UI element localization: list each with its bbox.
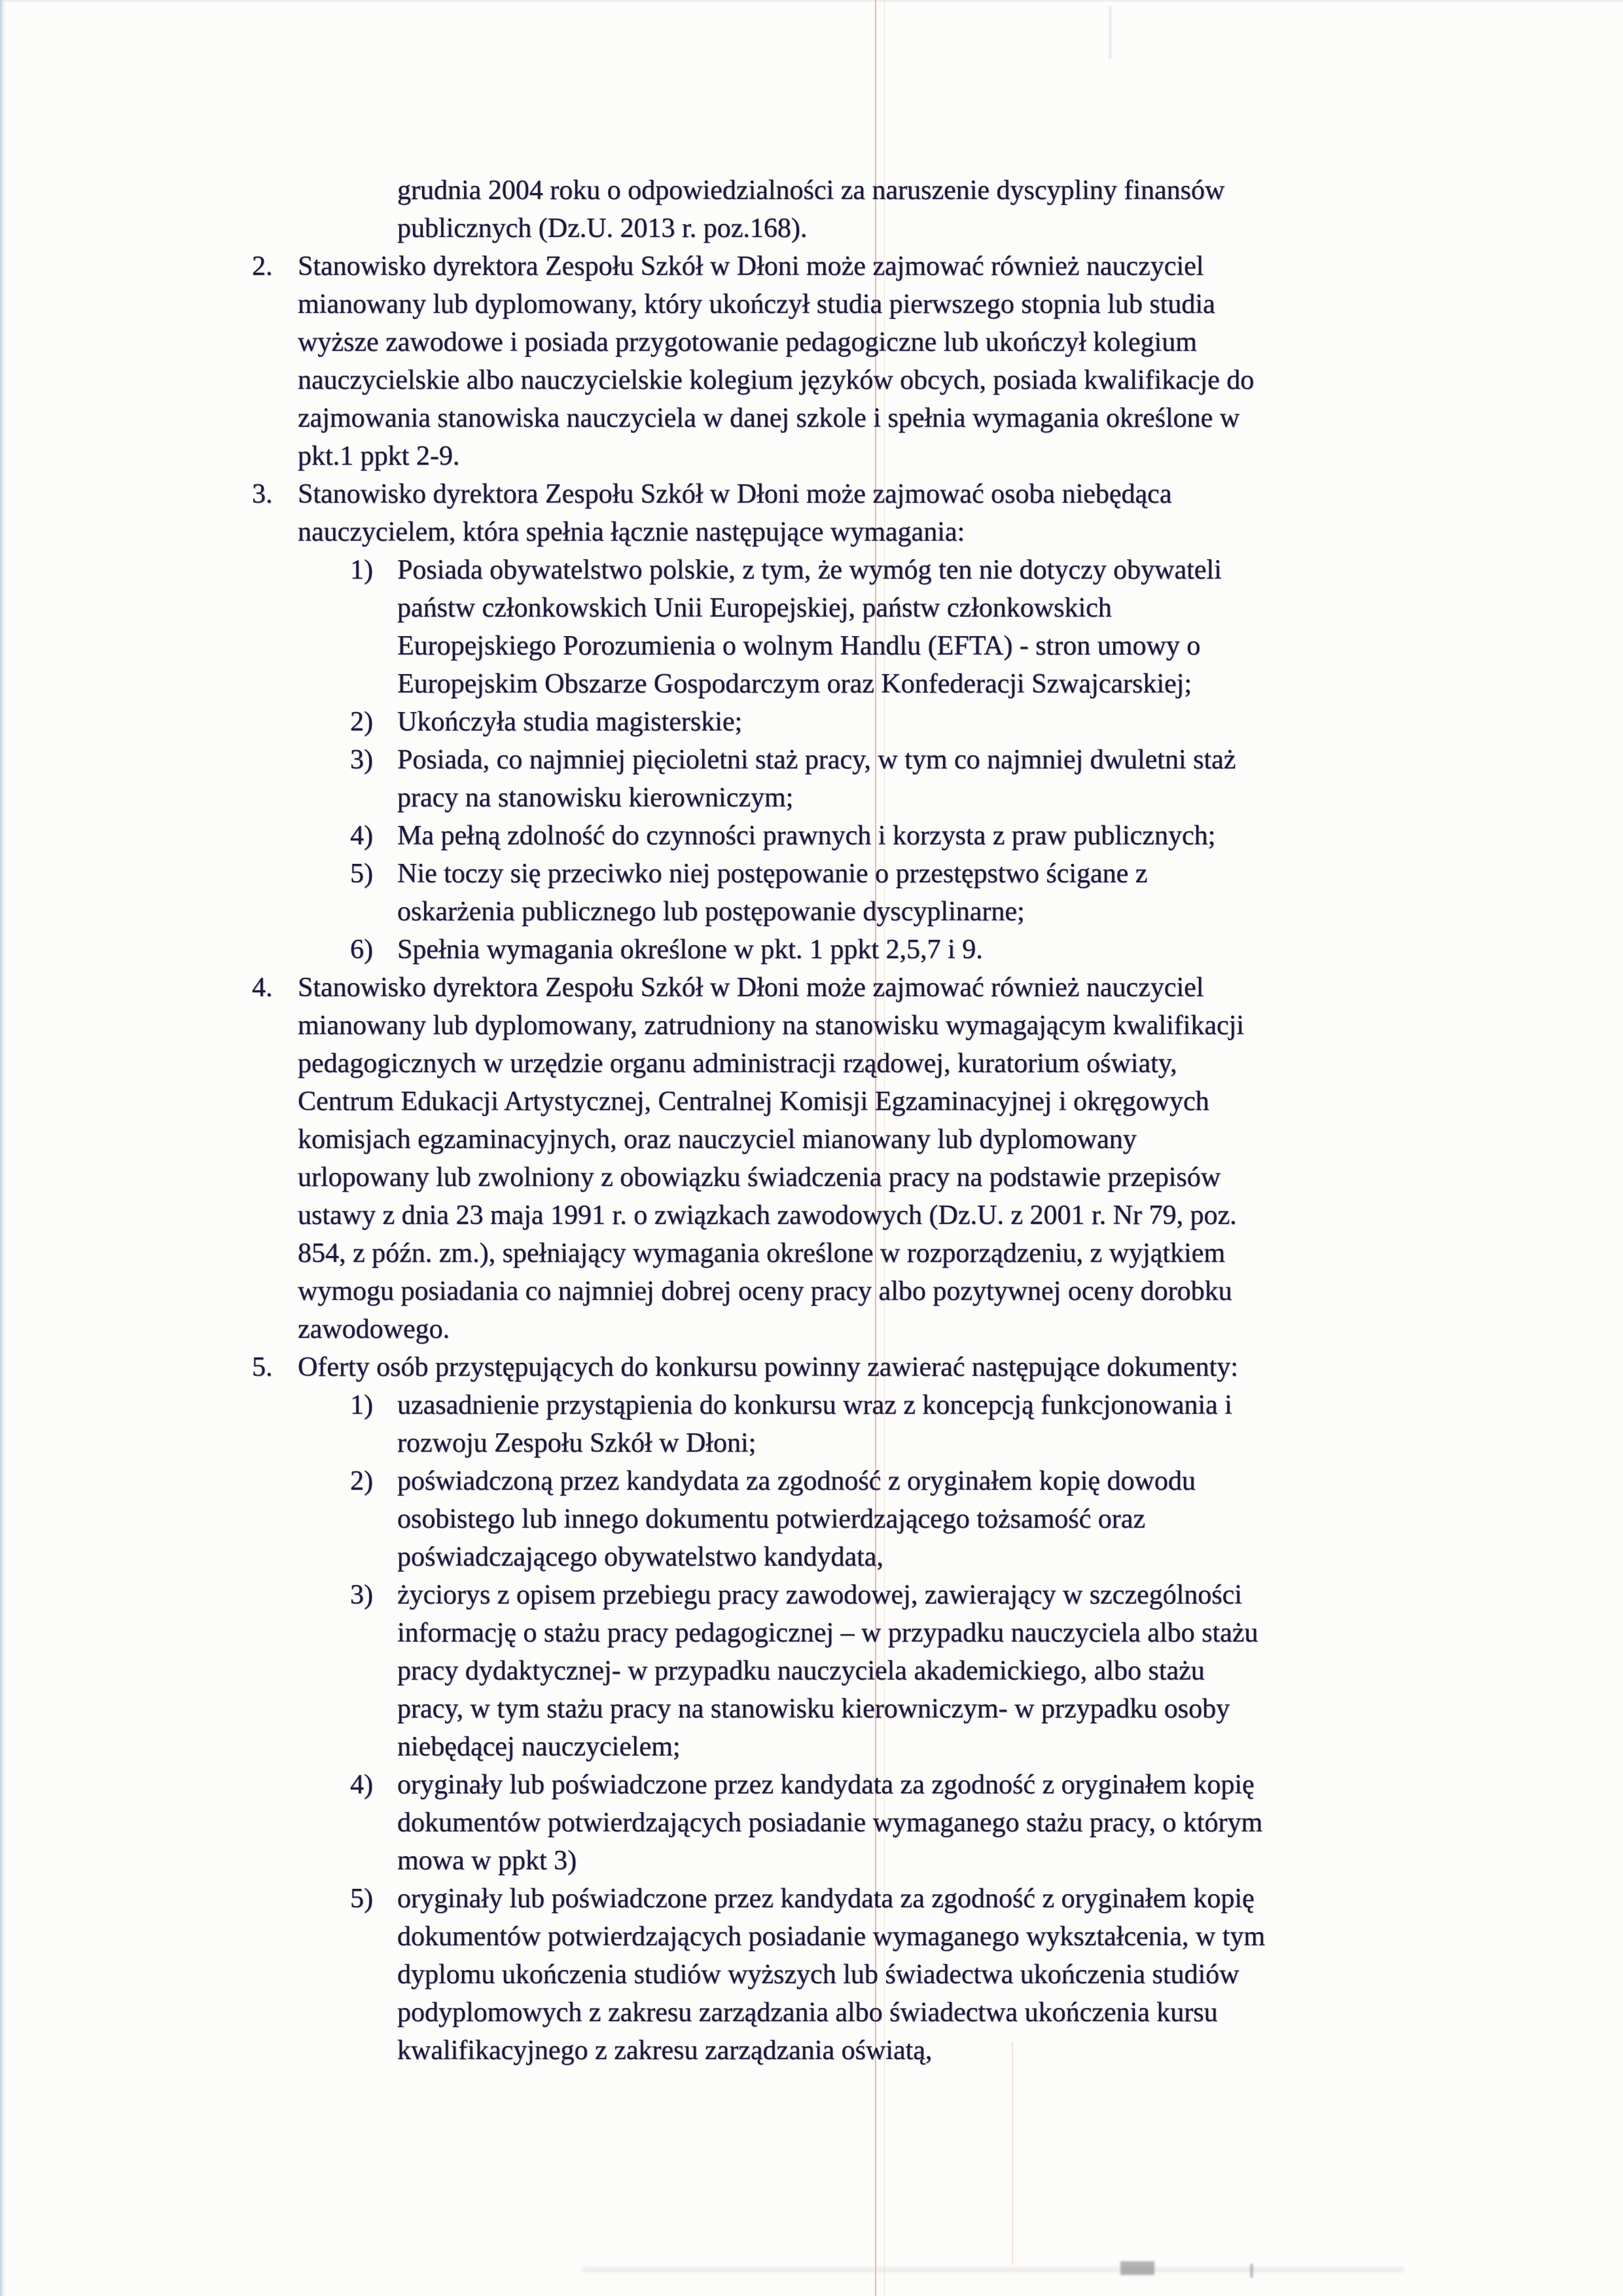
paragraph-continuation: grudnia 2004 roku o odpowiedzialności za… (397, 171, 1430, 247)
sub-item-text: Ukończyła studia magisterskie; (397, 703, 1430, 741)
scan-top-edge-artifact (0, 0, 1623, 3)
sub-item-number: 1) (350, 1386, 397, 1462)
item-text: Stanowisko dyrektora Zespołu Szkół w Dło… (298, 475, 1430, 551)
scan-smudge-bottom-tick (1250, 2264, 1253, 2278)
sub-item-number: 2) (350, 703, 397, 741)
list-item-3: 3. Stanowisko dyrektora Zespołu Szkół w … (252, 475, 1430, 969)
vertical-fold-line-bottom-right (1012, 2042, 1013, 2265)
sub-item: 3) Posiada, co najmniej pięcioletni staż… (350, 741, 1430, 817)
list-item-4: 4. Stanowisko dyrektora Zespołu Szkół w … (252, 969, 1430, 1348)
scan-smudge-bottom-streak (582, 2267, 1404, 2272)
sub-item-text: Ma pełną zdolność do czynności prawnych … (397, 817, 1430, 855)
sub-item-number: 4) (350, 1766, 397, 1880)
scan-smudge-bottom-dash (1120, 2261, 1154, 2275)
sub-item-text: poświadczoną przez kandydata za zgodność… (397, 1462, 1430, 1576)
sub-item-text: oryginały lub poświadczone przez kandyda… (397, 1880, 1430, 2070)
sub-item-number: 1) (350, 551, 397, 703)
sublist-item-5: 1) uzasadnienie przystąpienia do konkurs… (298, 1386, 1430, 2070)
sub-item: 1) uzasadnienie przystąpienia do konkurs… (350, 1386, 1430, 1462)
item-number: 3. (252, 475, 298, 551)
sub-item-number: 3) (350, 741, 397, 817)
sub-item: 1) Posiada obywatelstwo polskie, z tym, … (350, 551, 1430, 703)
sub-item: 5) oryginały lub poświadczone przez kand… (350, 1880, 1430, 2070)
sub-item-text: życiorys z opisem przebiegu pracy zawodo… (397, 1576, 1430, 1766)
sub-item-text: Nie toczy się przeciwko niej postępowani… (397, 855, 1430, 931)
sub-item-text: Posiada obywatelstwo polskie, z tym, że … (397, 551, 1430, 703)
sub-item: 3) życiorys z opisem przebiegu pracy zaw… (350, 1576, 1430, 1766)
item-text: Stanowisko dyrektora Zespołu Szkół w Dło… (298, 247, 1430, 475)
sub-item: 2) poświadczoną przez kandydata za zgodn… (350, 1462, 1430, 1576)
scan-smudge-top (1109, 7, 1111, 59)
item-number: 5. (252, 1348, 298, 1386)
sub-item-number: 6) (350, 931, 397, 969)
document-content: grudnia 2004 roku o odpowiedzialności za… (252, 171, 1430, 2070)
sub-item-text: oryginały lub poświadczone przez kandyda… (397, 1766, 1430, 1880)
item-number: 2. (252, 247, 298, 475)
sub-item-text: Spełnia wymagania określone w pkt. 1 ppk… (397, 931, 1430, 969)
list-item-2: 2. Stanowisko dyrektora Zespołu Szkół w … (252, 247, 1430, 475)
item-number: 4. (252, 969, 298, 1348)
sub-item-text: Posiada, co najmniej pięcioletni staż pr… (397, 741, 1430, 817)
sub-item-number: 5) (350, 1880, 397, 2070)
sub-item: 2) Ukończyła studia magisterskie; (350, 703, 1430, 741)
sub-item: 6) Spełnia wymagania określone w pkt. 1 … (350, 931, 1430, 969)
item-text: Oferty osób przystępujących do konkursu … (298, 1348, 1430, 1386)
list-item-5: 5. Oferty osób przystępujących do konkur… (252, 1348, 1430, 2070)
sub-item-number: 4) (350, 817, 397, 855)
sub-item: 4) Ma pełną zdolność do czynności prawny… (350, 817, 1430, 855)
sub-item-text: uzasadnienie przystąpienia do konkursu w… (397, 1386, 1430, 1462)
sub-item: 5) Nie toczy się przeciwko niej postępow… (350, 855, 1430, 931)
sub-item: 4) oryginały lub poświadczone przez kand… (350, 1766, 1430, 1880)
scan-left-edge-artifact (0, 0, 7, 2296)
item-text: Stanowisko dyrektora Zespołu Szkół w Dło… (298, 969, 1430, 1348)
sub-item-number: 3) (350, 1576, 397, 1766)
sub-item-number: 2) (350, 1462, 397, 1576)
scanned-document-page: grudnia 2004 roku o odpowiedzialności za… (0, 0, 1623, 2296)
sub-item-number: 5) (350, 855, 397, 931)
sublist-item-3: 1) Posiada obywatelstwo polskie, z tym, … (298, 551, 1430, 969)
